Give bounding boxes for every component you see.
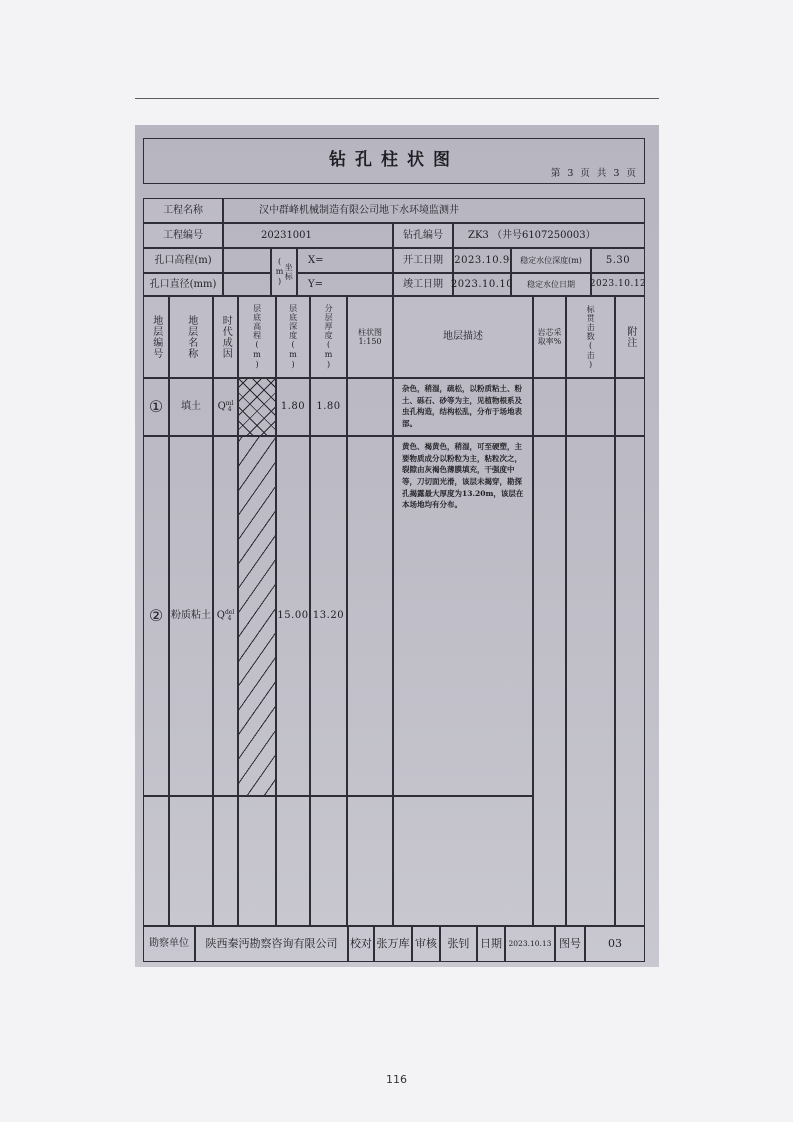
layer-2-column <box>347 436 393 796</box>
drawing-no-label: 图号 <box>555 926 585 962</box>
layer-1-column <box>347 378 393 436</box>
diameter-label: 孔口直径(mm) <box>143 273 223 296</box>
checker-value: 张万库 <box>374 926 412 962</box>
layer-2-pattern-dashed <box>238 436 276 796</box>
col-header-remark: 附注 <box>615 296 645 378</box>
layer-1-core-rate <box>533 378 566 436</box>
layer-1-no: ① <box>143 378 169 436</box>
col-header-layer-name-text: 地层名称 <box>185 315 197 359</box>
survey-unit-label: 勘察单位 <box>143 926 195 962</box>
empty-cell <box>213 796 238 926</box>
empty-cell <box>347 796 393 926</box>
col-header-layer-no-text: 地层编号 <box>150 315 162 359</box>
col-header-layer-name: 地层名称 <box>169 296 213 378</box>
water-date-value: 2023.10.12 <box>591 273 645 296</box>
water-depth-value: 5.30 <box>591 248 645 273</box>
layer-2-age: Qdel4 <box>213 436 238 796</box>
coord-label: 坐标(m) <box>271 248 297 296</box>
borehole-log-sheet: 钻孔柱状图 第 3 页 共 3 页 工程名称 汉中群峰机械制造有限公司地下水环境… <box>143 138 645 964</box>
empty-cell <box>276 796 310 926</box>
col-header-age-text: 时代成因 <box>220 315 232 359</box>
elevation-value <box>223 248 271 273</box>
water-depth-label: 稳定水位深度(m) <box>511 248 591 273</box>
coord-label-text: 坐标(m) <box>275 249 293 295</box>
layer-1-bottom-depth: 1.80 <box>276 378 310 436</box>
reviewer-label: 审核 <box>412 926 440 962</box>
water-date-label: 稳定水位日期 <box>511 273 591 296</box>
layer-1-description: 杂色，稍湿，疏松，以粉质粘土、粉土、砾石、砂等为主，见植物根系及虫孔构造，结构松… <box>393 378 533 436</box>
remark-column <box>615 436 645 926</box>
col-header-bottom-depth: 层底深度(m) <box>276 296 310 378</box>
empty-cell <box>310 796 347 926</box>
date-value: 2023.10.13 <box>505 926 555 962</box>
date-label: 日期 <box>477 926 505 962</box>
col-header-remark-text: 附注 <box>624 326 636 348</box>
col-header-column-chart: 柱状图 1:150 <box>347 296 393 378</box>
col-header-layer-no: 地层编号 <box>143 296 169 378</box>
project-name-label: 工程名称 <box>143 198 223 223</box>
header-rule <box>135 98 659 99</box>
core-rate-column <box>533 436 566 926</box>
reviewer-value: 张钊 <box>440 926 477 962</box>
elevation-label: 孔口高程(m) <box>143 248 223 273</box>
survey-unit-value: 陕西秦沔勘察咨询有限公司 <box>195 926 348 962</box>
page-number: 116 <box>0 1073 793 1086</box>
layer-2-age-sub: 4 <box>225 616 234 622</box>
col-header-spt: 标贯击数(击) <box>566 296 615 378</box>
page-info: 第 3 页 共 3 页 <box>551 169 638 180</box>
project-name-value: 汉中群峰机械制造有限公司地下水环境监测井 <box>223 198 645 223</box>
empty-cell <box>169 796 213 926</box>
borehole-no-value: ZK3 （井号6107250003） <box>453 223 645 248</box>
end-date-value: 2023.10.10 <box>453 273 511 296</box>
empty-cell <box>393 796 533 926</box>
col-header-thickness: 分层厚度(m) <box>310 296 347 378</box>
col-header-age: 时代成因 <box>213 296 238 378</box>
document-title: 钻孔柱状图 <box>329 151 459 171</box>
layer-1-age: Qml4 <box>213 378 238 436</box>
col-header-bottom-elev: 层底高程(m) <box>238 296 276 378</box>
layer-2-name: 粉质粘土 <box>169 436 213 796</box>
layer-1-pattern-crosshatch <box>238 378 276 436</box>
project-no-value: 20231001 <box>223 223 393 248</box>
layer-1-age-base: Q <box>218 401 226 413</box>
drawing-no-value: 03 <box>585 926 645 962</box>
layer-2-no: ② <box>143 436 169 796</box>
start-date-value: 2023.10.9 <box>453 248 511 273</box>
layer-1-name: 填土 <box>169 378 213 436</box>
borehole-no-label: 钻孔编号 <box>393 223 453 248</box>
empty-cell <box>143 796 169 926</box>
layer-1-thickness: 1.80 <box>310 378 347 436</box>
layer-1-age-sub: 4 <box>226 407 234 413</box>
layer-1-remark <box>615 378 645 436</box>
coord-x: X= <box>297 248 393 273</box>
end-date-label: 竣工日期 <box>393 273 453 296</box>
project-no-label: 工程编号 <box>143 223 223 248</box>
col-header-bottom-elev-text: 层底高程(m) <box>252 304 261 370</box>
col-header-thickness-text: 分层厚度(m) <box>324 304 333 370</box>
layer-2-bottom-depth: 15.00 <box>276 436 310 796</box>
diameter-value <box>223 273 271 296</box>
layer-2-description: 黄色、褐黄色，稍湿，可至硬塑，主要物质成分以粉粒为主，粘粒次之，裂隙由灰褐色薄膜… <box>393 436 533 796</box>
checker-label: 校对 <box>348 926 374 962</box>
coord-y: Y= <box>297 273 393 296</box>
layer-2-thickness: 13.20 <box>310 436 347 796</box>
col-header-core-rate: 岩芯采取率% <box>533 296 566 378</box>
empty-cell <box>238 796 276 926</box>
title-block: 钻孔柱状图 第 3 页 共 3 页 <box>143 138 645 184</box>
col-header-spt-text: 标贯击数(击) <box>586 305 595 370</box>
layer-2-age-base: Q <box>217 610 225 622</box>
layer-1-spt <box>566 378 615 436</box>
spt-column <box>566 436 615 926</box>
col-header-description: 地层描述 <box>393 296 533 378</box>
start-date-label: 开工日期 <box>393 248 453 273</box>
col-header-bottom-depth-text: 层底深度(m) <box>288 304 297 370</box>
